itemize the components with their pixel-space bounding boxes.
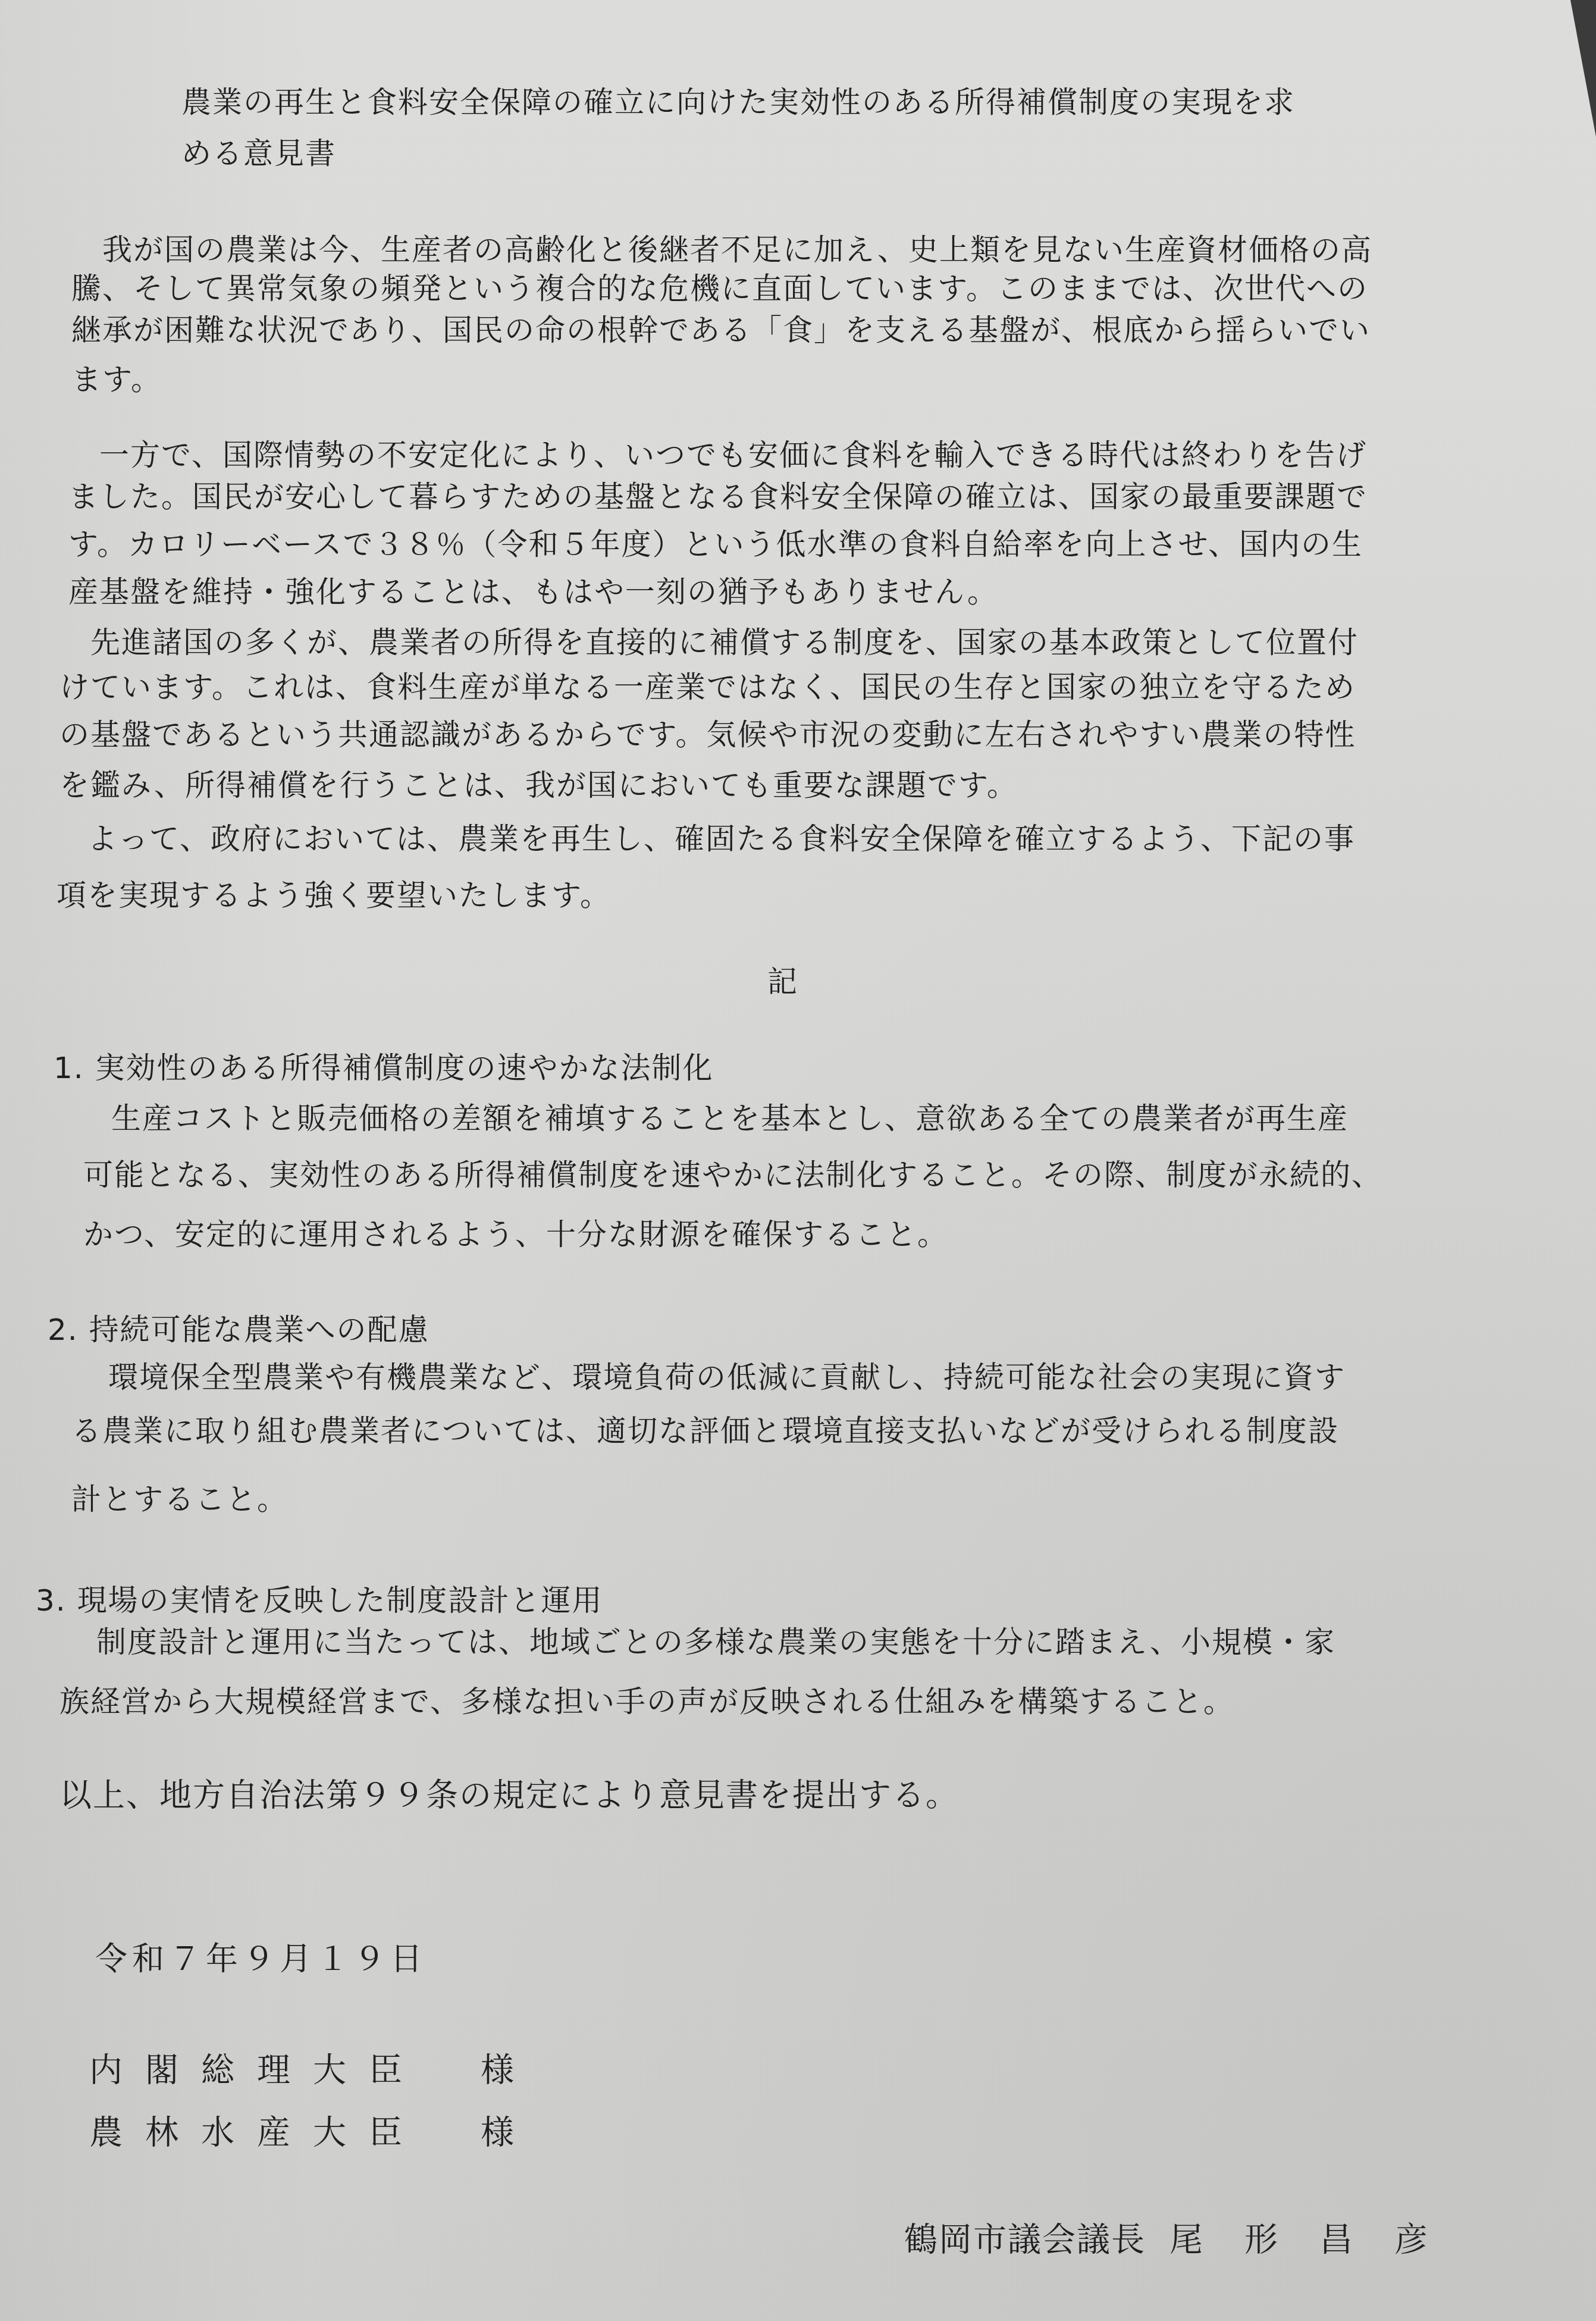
body-line: 産基盤を維持・強化することは、もはや一刻の猶予もありません。 [68,568,998,611]
item-number: 1. [54,1051,84,1085]
body-line: 項を実現するよう強く要望いたします。 [57,872,611,914]
item-heading-text: 持続可能な農業への配慮 [89,1313,429,1347]
signatory-title: 鶴岡市議会議長 [904,2220,1146,2259]
body-line: 制度設計と運用に当たっては、地域ごとの多様な農業の実態を十分に踏まえ、小規模・家 [65,1618,1335,1661]
body-line: 我が国の農業は今、生産者の高齢化と後継者不足に加え、史上類を見ない生産資材価格の… [71,226,1372,269]
title-line-1: 農業の再生と食料安全保障の確立に向けた実効性のある所得補償制度の実現を求 [181,79,1295,121]
title-line-2: める意見書 [181,130,336,173]
body-line: す。カロリーベースで３８％（令和５年度）という低水準の食料自給率を向上させ、国内… [68,521,1363,563]
body-line: の基盤であるという共通認識があるからです。気候や市況の変動に左右されやすい農業の… [59,711,1356,754]
item-heading: 2. 持続可能な農業への配慮 [48,1306,429,1349]
body-line: 可能となる、実効性のある所得補償制度を速やかに法制化すること。その際、制度が永続… [83,1151,1382,1194]
body-line: 生産コストと販売価格の差額を補填することを基本とし、意欲ある全ての農業者が再生産 [80,1095,1349,1138]
closing-statement: 以上、地方自治法第９９条の規定により意見書を提出する。 [59,1770,959,1816]
item-number: 3. [36,1583,67,1618]
body-line: 族経営から大規模経営まで、多様な担い手の声が反映される仕組みを構築すること。 [59,1678,1234,1721]
body-line: 環境保全型農業や有機農業など、環境負荷の低減に貢献し、持続可能な社会の実現に資す [77,1354,1346,1396]
item-number: 2. [48,1313,79,1347]
addressee-prime-minister: 内閣総理大臣 様 [89,2044,537,2091]
body-line: 継承が困難な状況であり、国民の命の根幹である「食」を支える基盤が、根底から揺らい… [71,306,1371,349]
item-heading: 1. 実効性のある所得補償制度の速やかな法制化 [54,1044,714,1087]
signatory: 鶴岡市議会議長尾形昌彦 [904,2213,1469,2261]
body-line: 計とすること。 [71,1476,288,1518]
body-line: ました。国民が安心して暮らすための基盤となる食料安全保障の確立は、国家の最重要課… [68,473,1368,516]
signatory-name: 尾形昌彦 [1169,2220,1469,2259]
document-date: 令和７年９月１９日 [95,1934,427,1979]
body-line: ます。 [71,356,162,399]
item-heading-text: 現場の実情を反映した制度設計と運用 [77,1583,603,1618]
body-line: を鑑み、所得補償を行うことは、我が国においても重要な課題です。 [59,762,1018,804]
body-line: かつ、安定的に運用されるよう、十分な財源を確保すること。 [83,1211,948,1254]
body-line: 先進諸国の多くが、農業者の所得を直接的に補償する制度を、国家の基本政策として位置… [59,619,1359,662]
body-line: る農業に取り組む農業者については、適切な評価と環境直接支払いなどが受けられる制度… [71,1407,1339,1450]
body-line: 騰、そして異常気象の頻発という複合的な危機に直面しています。このままでは、次世代… [71,265,1368,308]
body-line: よって、政府においては、農業を再生し、確固たる食料安全保障を確立するよう、下記の… [57,815,1355,858]
ki-label: 記 [767,958,798,1001]
item-heading-text: 実効性のある所得補償制度の速やかな法制化 [95,1051,714,1085]
addressee-agriculture-minister: 農林水産大臣 様 [89,2106,537,2154]
body-line: けています。これは、食料生産が単なる一産業ではなく、国民の生存と国家の独立を守る… [59,663,1356,706]
body-line: 一方で、国際情勢の不安定化により、いつでも安価に食料を輸入できる時代は終わりを告… [68,431,1367,474]
item-heading: 3. 現場の実情を反映した制度設計と運用 [36,1577,603,1620]
